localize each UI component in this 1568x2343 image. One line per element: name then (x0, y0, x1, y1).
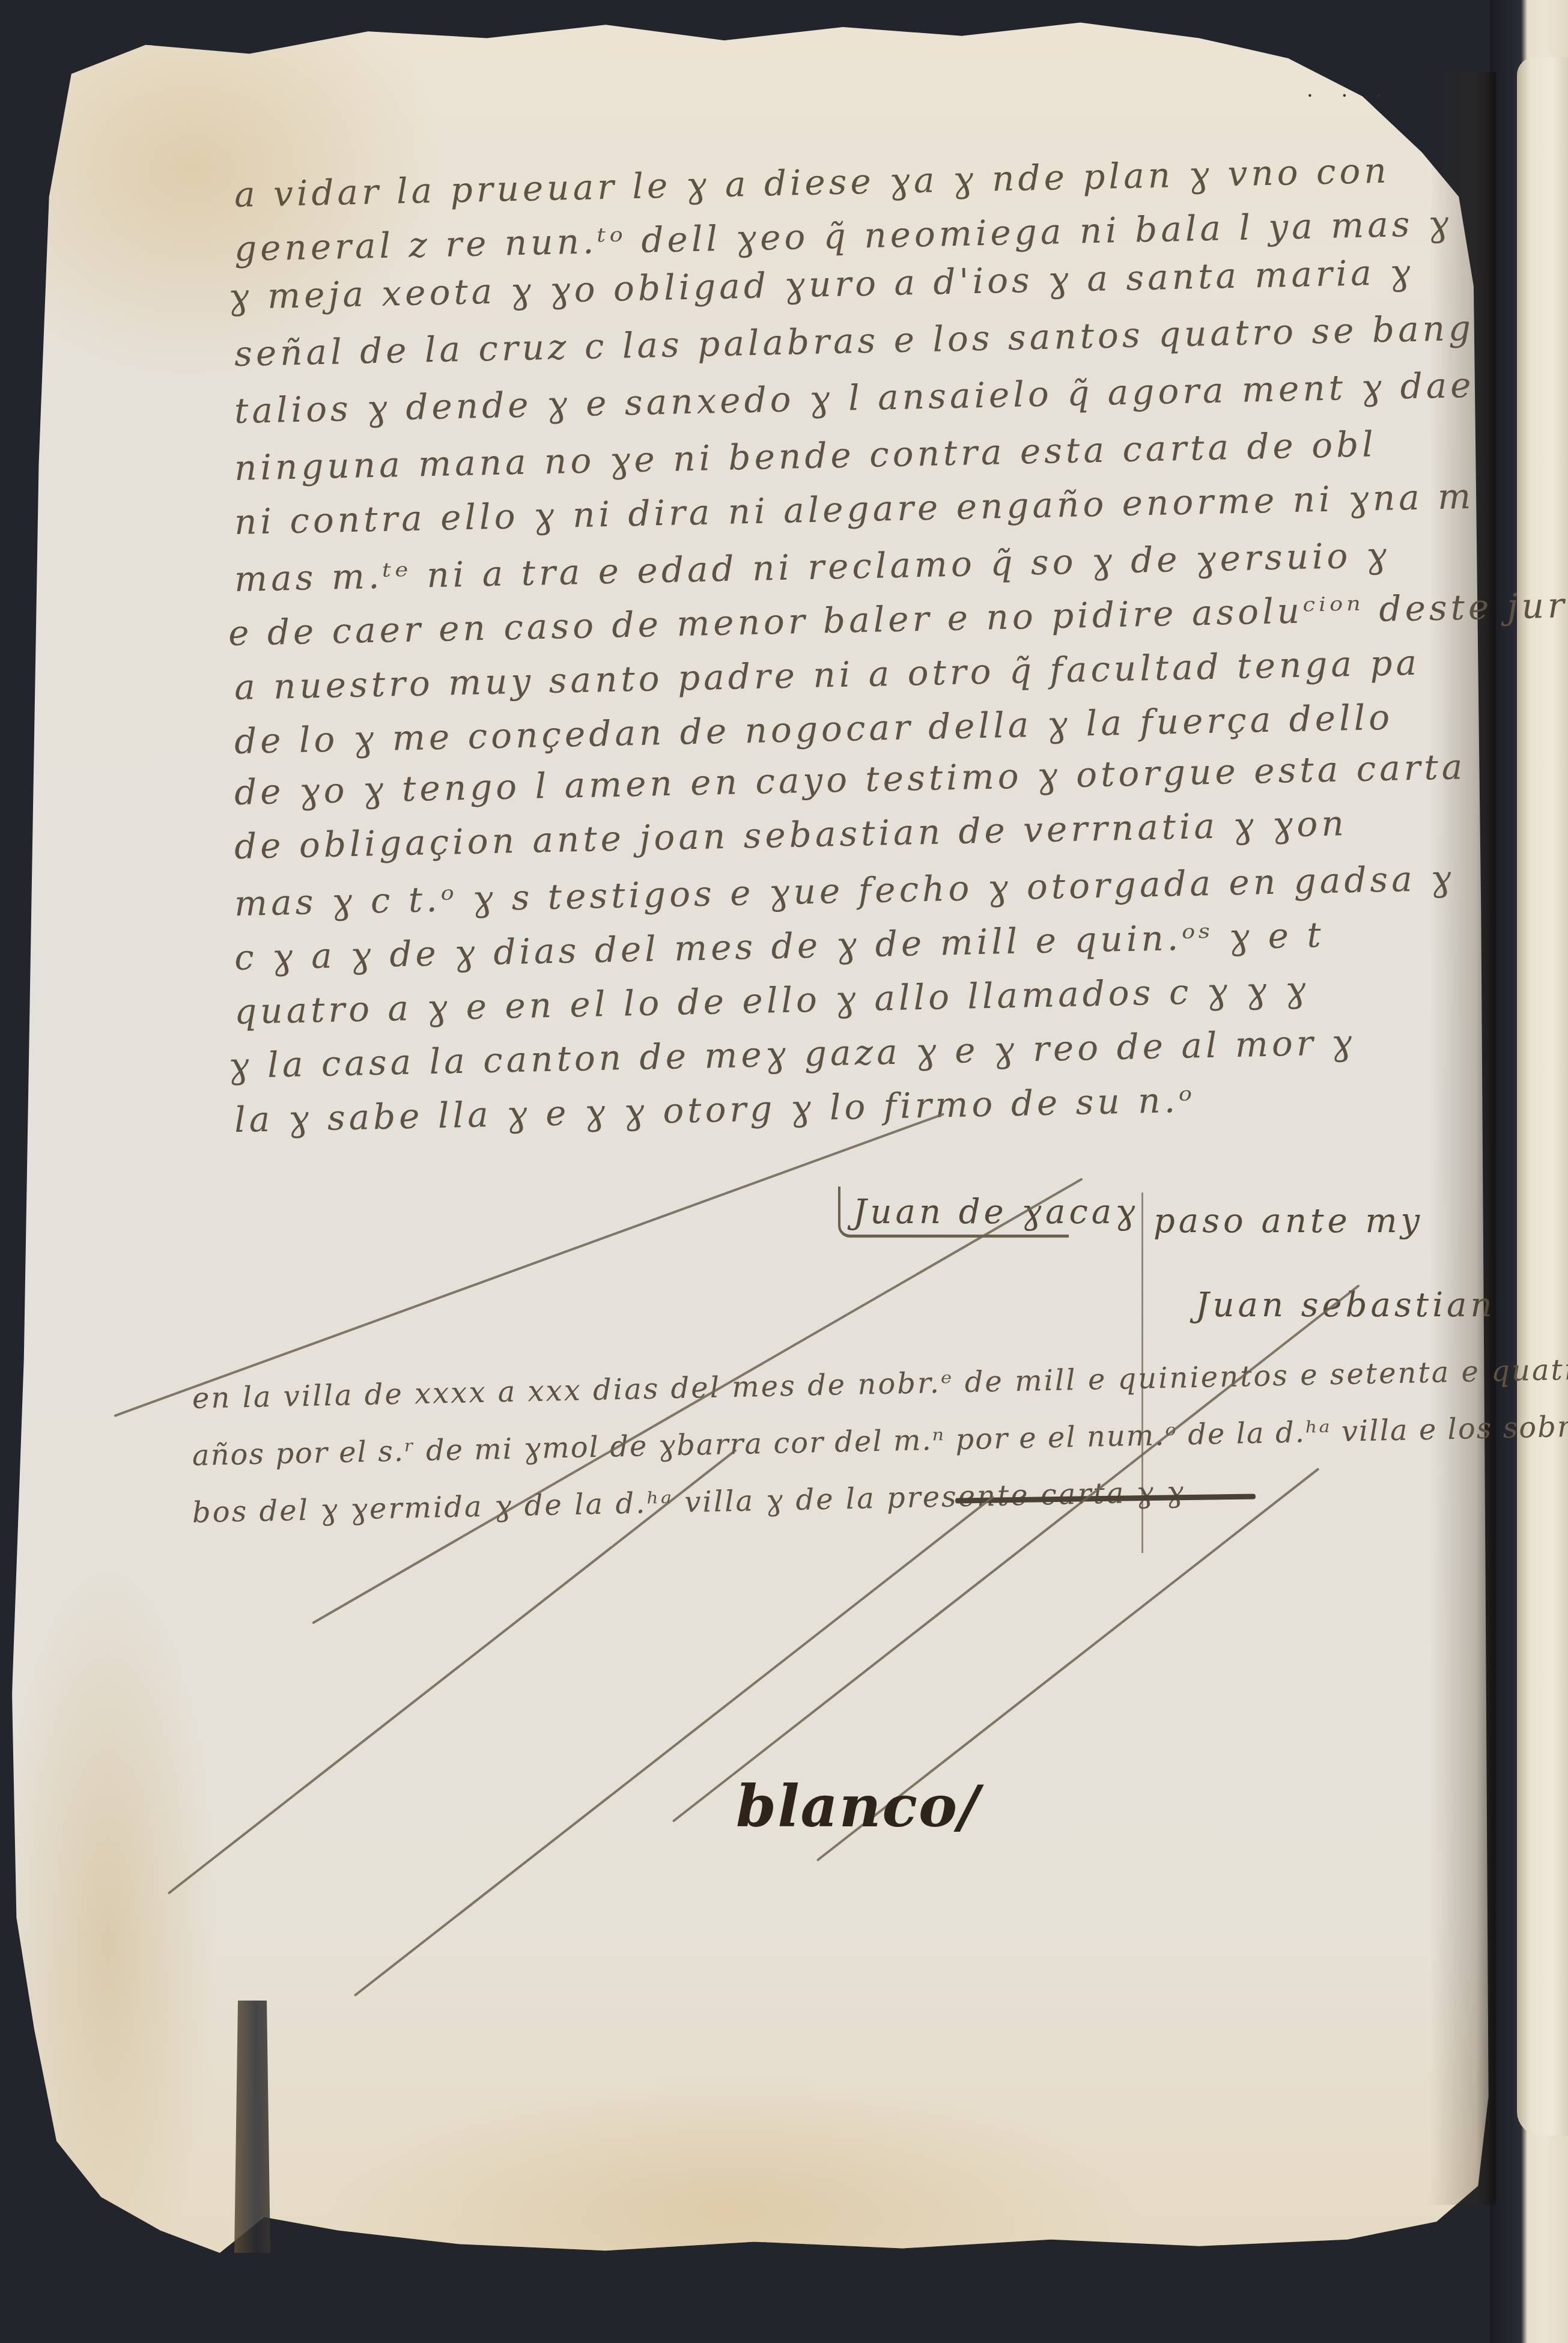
signature-right-line-1: paso ante my (1153, 1202, 1423, 1241)
margin-marks: · · · (1307, 84, 1393, 108)
blanco-mark: blanco/ (736, 1772, 980, 1840)
signature-right-line-2: Juan sebastian (1196, 1286, 1496, 1325)
paper-tear (234, 2001, 270, 2253)
adjacent-page-edge (1517, 57, 1568, 2136)
signature-left: Juan de ɣacaɣ (853, 1193, 1139, 1232)
